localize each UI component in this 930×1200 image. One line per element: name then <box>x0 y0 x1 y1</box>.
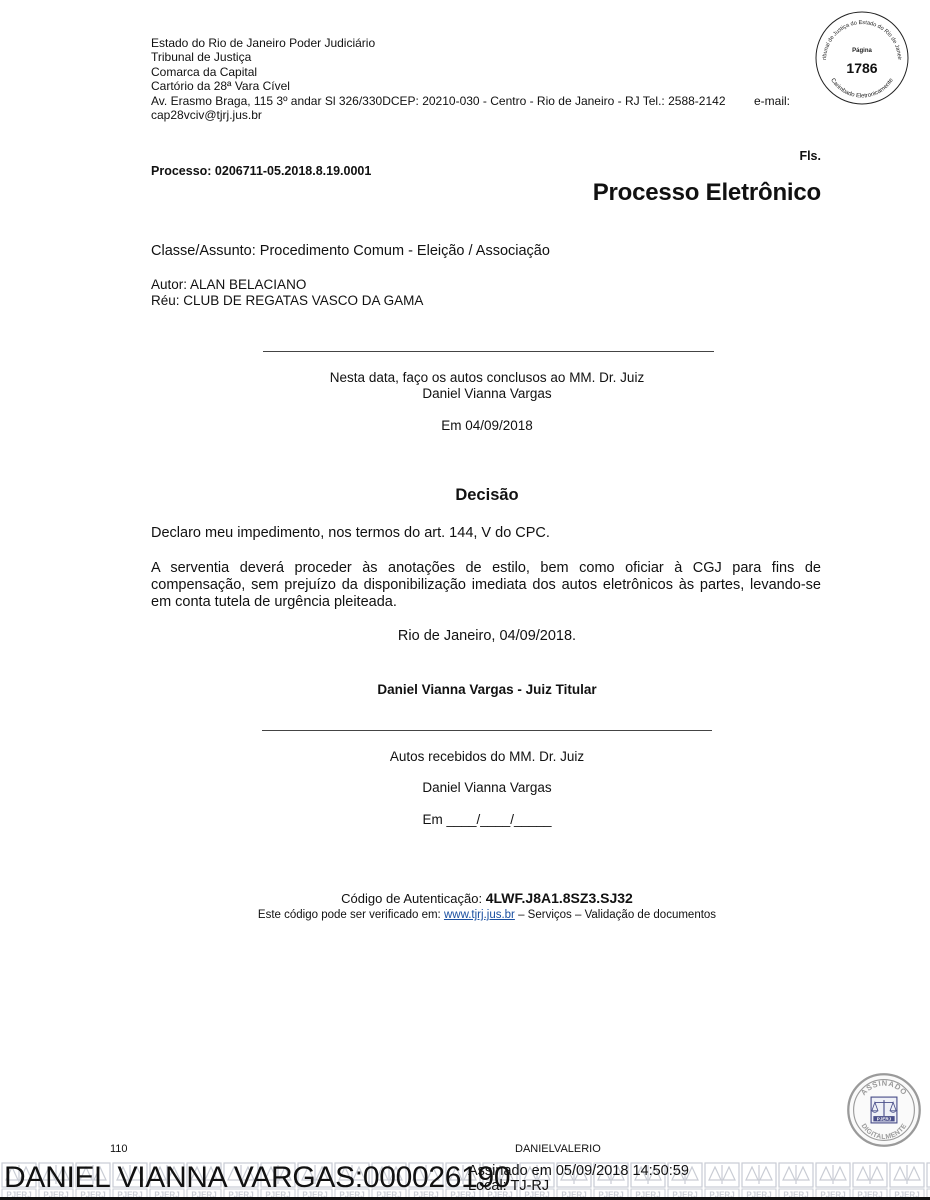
header-line-tribunal: Tribunal de Justiça <box>151 50 726 64</box>
svg-text:1786: 1786 <box>846 60 877 76</box>
verify-suffix: – Serviços – Validação de documentos <box>518 909 716 921</box>
document-title: Processo Eletrônico <box>593 179 821 207</box>
signed-at: Assinado em 05/09/2018 14:50:59 <box>468 1164 689 1179</box>
header-email-label: e-mail: <box>754 94 790 108</box>
svg-text:Página: Página <box>852 48 872 54</box>
verification-line: Este código pode ser verificado em: www.… <box>0 907 930 923</box>
digital-signature-seal-icon: ASSINADO DIGITALMENTE PJERJ <box>846 1072 922 1148</box>
decision-place-date: Rio de Janeiro, 04/09/2018. <box>0 628 930 644</box>
case-class: Classe/Assunto: Procedimento Comum - Ele… <box>151 243 550 259</box>
decision-paragraph-2: A serventia deverá proceder às anotações… <box>151 560 821 611</box>
svg-text:Carimbado Eletronicamente: Carimbado Eletronicamente <box>829 77 895 100</box>
decision-title: Decisão <box>0 487 930 503</box>
conclusion-date: Em 04/09/2018 <box>0 418 930 434</box>
header-line-comarca: Comarca da Capital <box>151 65 726 79</box>
signature-info: Assinado em 05/09/2018 14:50:59 Local: T… <box>468 1164 689 1194</box>
receipt-date-blank: Em ____/____/_____ <box>0 812 930 828</box>
header-line-cartorio: Cartório da 28ª Vara Cível <box>151 79 726 93</box>
fls-label: Fls. <box>799 149 821 163</box>
verify-link[interactable]: www.tjrj.jus.br <box>444 909 515 921</box>
receipt-line1: Autos recebidos do MM. Dr. Juiz <box>0 749 930 765</box>
conclusion-judge: Daniel Vianna Vargas <box>0 386 930 402</box>
decision-paragraph-1: Declaro meu impedimento, nos termos do a… <box>151 525 821 542</box>
case-parties: Autor: ALAN BELACIANO Réu: CLUB DE REGAT… <box>151 277 423 308</box>
footer-user: DANIELVALERIO <box>515 1143 601 1155</box>
conclusion-line1: Nesta data, faço os autos conclusos ao M… <box>0 370 930 386</box>
svg-text:PJERJ: PJERJ <box>877 1117 892 1122</box>
header-line-email: cap28vciv@tjrj.jus.br <box>151 108 726 122</box>
decision-signer: Daniel Vianna Vargas - Juiz Titular <box>0 682 930 698</box>
authentication-line: Código de Autenticação: 4LWF.J8A1.8SZ3.S… <box>0 890 930 907</box>
process-number: Processo: 0206711-05.2018.8.19.0001 <box>151 164 371 178</box>
signer-name: DANIEL VIANNA VARGAS:000026190 <box>4 1160 510 1196</box>
verify-prefix: Este código pode ser verificado em: <box>258 909 441 921</box>
divider-top <box>263 351 714 352</box>
header-line-address: Av. Erasmo Braga, 115 3º andar Sl 326/33… <box>151 94 726 108</box>
divider-bottom <box>262 730 712 731</box>
defendant: Réu: CLUB DE REGATAS VASCO DA GAMA <box>151 293 423 309</box>
header-line-state: Estado do Rio de Janeiro Poder Judiciári… <box>151 36 726 50</box>
page-stamp-icon: Tribunal de Justiça do Estado do Rio de … <box>812 8 912 108</box>
receipt-judge: Daniel Vianna Vargas <box>0 780 930 796</box>
plaintiff: Autor: ALAN BELACIANO <box>151 277 423 293</box>
signed-location: Local: TJ-RJ <box>468 1179 689 1194</box>
authentication-code: 4LWF.J8A1.8SZ3.SJ32 <box>486 890 633 906</box>
footer-code: 110 <box>110 1143 128 1155</box>
court-header: Estado do Rio de Janeiro Poder Judiciári… <box>151 36 726 122</box>
authentication-label: Código de Autenticação: <box>341 891 482 906</box>
